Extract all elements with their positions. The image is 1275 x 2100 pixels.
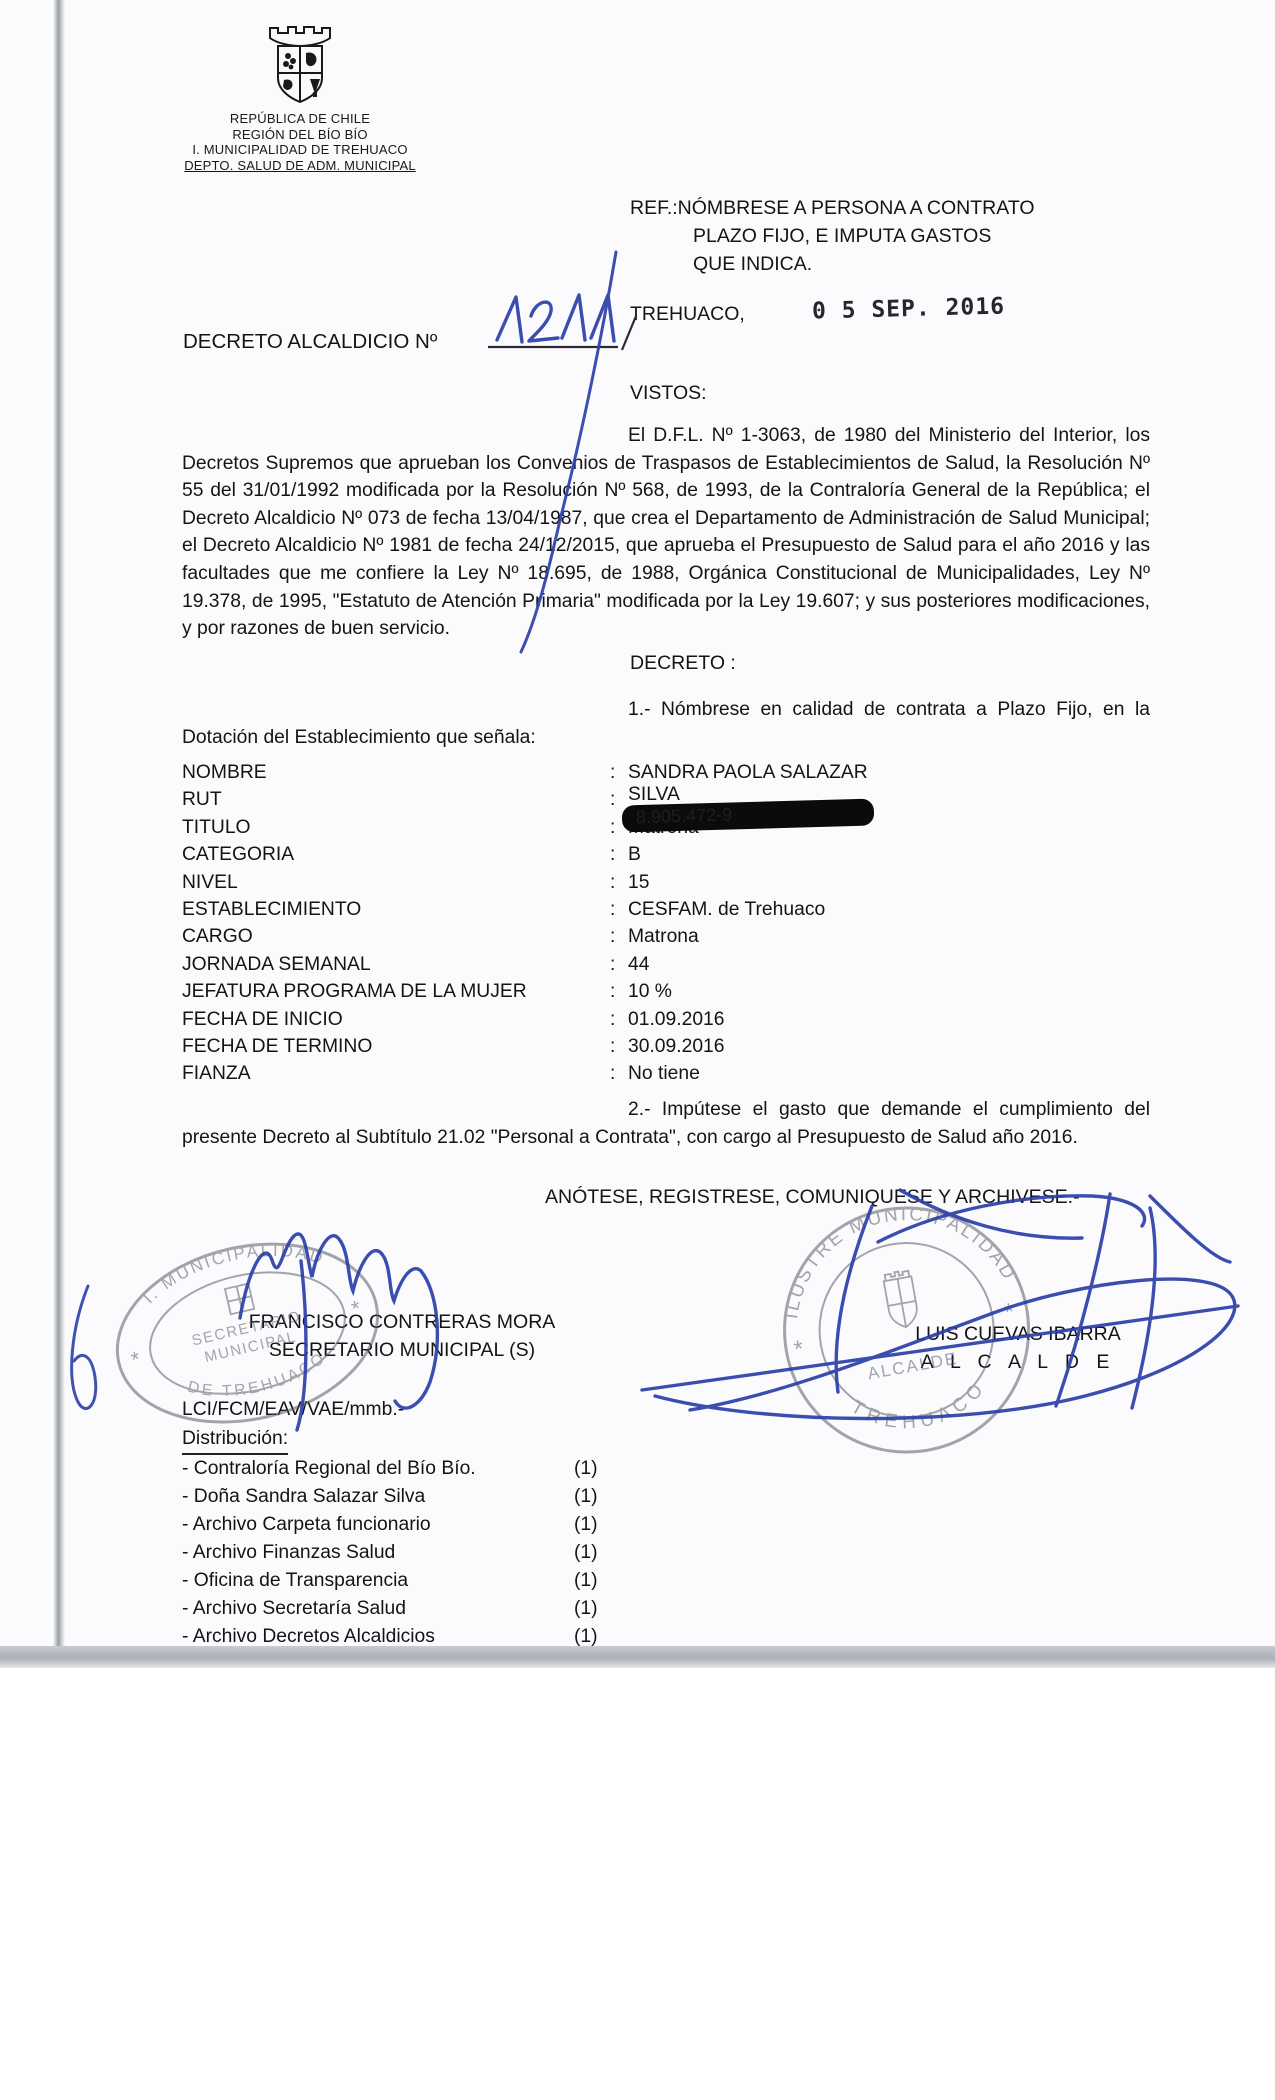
field-row-nivel: NIVEL:15: [182, 872, 902, 899]
vistos-heading: VISTOS:: [630, 382, 707, 405]
date-stamp: 0 5 SEP. 2016: [812, 293, 1006, 324]
stamp-left-star-left: *: [129, 1346, 143, 1372]
ref-line-2: PLAZO FIJO, E IMPUTA GASTOS: [630, 222, 1150, 250]
decreto-heading: DECRETO :: [630, 652, 736, 675]
scanned-decree-page: REPÚBLICA DE CHILE REGIÓN DEL BÍO BÍO I.…: [0, 0, 1275, 2100]
stamp-right-star-left: *: [792, 1335, 806, 1363]
letterhead: REPÚBLICA DE CHILE REGIÓN DEL BÍO BÍO I.…: [150, 20, 450, 173]
place-label: TREHUACO,: [630, 303, 745, 326]
field-row-fecha-termino: FECHA DE TERMINO:30.09.2016: [182, 1036, 902, 1063]
stamp-right-center: ALCALDE: [866, 1349, 959, 1384]
stamp-right-star-right: *: [1003, 1298, 1017, 1326]
distribution-row: - Archivo Secretaría Salud(1): [182, 1595, 662, 1623]
coat-of-arms-icon: [258, 20, 342, 106]
ref-block: REF.:NÓMBRESE A PERSONA A CONTRATO PLAZO…: [630, 194, 1150, 278]
decreto-item-2: 2.- Impútese el gasto que demande el cum…: [182, 1096, 1150, 1151]
ref-line-1: REF.:NÓMBRESE A PERSONA A CONTRATO: [630, 194, 1150, 222]
field-row-cargo: CARGO:Matrona: [182, 926, 902, 953]
stamp-right-arc-bottom: TREHUACO: [844, 1373, 996, 1444]
field-row-nombre: NOMBRE:SANDRA PAOLA SALAZAR SILVA: [182, 762, 902, 789]
header-line-department: DEPTO. SALUD DE ADM. MUNICIPAL: [150, 158, 450, 174]
appointment-fields-table: NOMBRE:SANDRA PAOLA SALAZAR SILVA RUT: 8…: [182, 762, 902, 1091]
field-row-fecha-inicio: FECHA DE INICIO:01.09.2016: [182, 1009, 902, 1036]
distribution-row: - Archivo Decretos Alcaldicios(1): [182, 1623, 662, 1651]
scan-edge-shadow: [53, 0, 65, 1660]
header-line-region: REGIÓN DEL BÍO BÍO: [150, 127, 450, 143]
alcalde-stamp: ILUSTRE MUNICIPALIDAD TREHUACO * * ALCAL…: [736, 1176, 1077, 1489]
distribution-row: - Archivo Finanzas Salud(1): [182, 1539, 662, 1567]
distribution-row: - Archivo Carpeta funcionario(1): [182, 1511, 662, 1539]
vistos-paragraph: El D.F.L. Nº 1-3063, de 1980 del Ministe…: [182, 422, 1150, 643]
decree-number-label: DECRETO ALCALDICIO Nº: [183, 330, 437, 354]
ref-line-3: QUE INDICA.: [630, 250, 1150, 278]
svg-text:TREHUACO: TREHUACO: [844, 1373, 996, 1444]
distribution-row: - Contraloría Regional del Bío Bío.(1): [182, 1455, 662, 1483]
header-line-municipality: I. MUNICIPALIDAD DE TREHUACO: [150, 142, 450, 158]
field-row-fianza: FIANZA:No tiene: [182, 1063, 902, 1090]
field-row-establecimiento: ESTABLECIMIENTO:CESFAM. de Trehuaco: [182, 899, 902, 926]
field-row-jornada: JORNADA SEMANAL:44: [182, 954, 902, 981]
distribution-row: - Oficina de Transparencia(1): [182, 1567, 662, 1595]
distribution-row: - Doña Sandra Salazar Silva(1): [182, 1483, 662, 1511]
stamp-left-crest-icon: [225, 1284, 254, 1315]
field-row-jefatura: JEFATURA PROGRAMA DE LA MUJER:10 %: [182, 981, 902, 1008]
decreto-item-1: 1.- Nómbrese en calidad de contrata a Pl…: [182, 696, 1150, 751]
stamp-left-star-right: *: [349, 1295, 363, 1321]
header-line-country: REPÚBLICA DE CHILE: [150, 111, 450, 127]
field-row-categoria: CATEGORIA:B: [182, 844, 902, 871]
stamp-right-crest-icon: [883, 1270, 920, 1330]
